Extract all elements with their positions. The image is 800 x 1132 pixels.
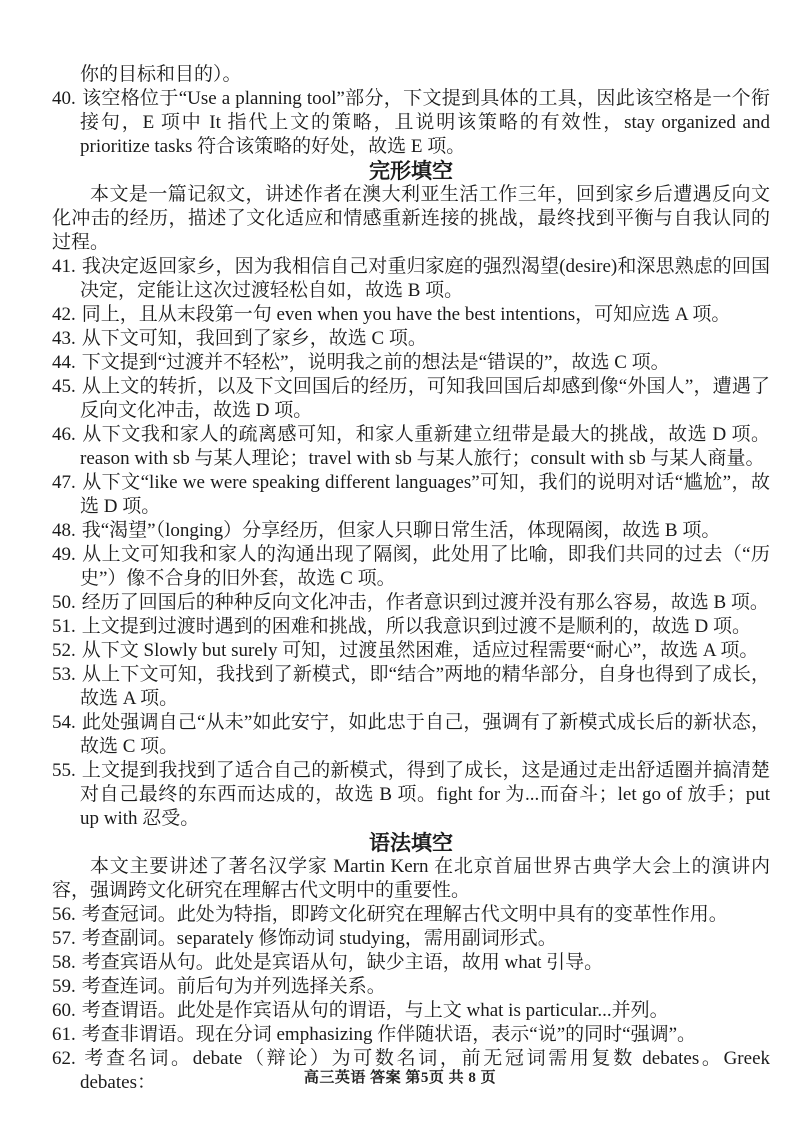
answer-item-41: 41.我决定返回家乡，因为我相信自己对重归家庭的强烈渴望(desire)和深思熟… [52,255,770,303]
section-heading-grammar: 语法填空 [52,831,770,855]
item-text: 从上文可知我和家人的沟通出现了隔阂，此处用了比喻，即我们共同的过去（“历史”）像… [80,544,770,589]
item-text: 考查非谓语。现在分词 emphasizing 作伴随状语，表示“说”的同时“强调… [82,1024,696,1045]
item-number: 45. [52,376,76,397]
item-text: 考查宾语从句。此处是宾语从句，缺少主语，故用 what 引导。 [82,952,603,973]
item-number: 46. [52,424,76,445]
answer-item-47: 47.从下文“like we were speaking different l… [52,471,770,519]
item-number: 61. [52,1024,76,1045]
item-text: 下文提到“过渡并不轻松”，说明我之前的想法是“错误的”，故选 C 项。 [82,352,670,373]
item-number: 54. [52,712,76,733]
item-number: 40. [52,88,76,109]
item-text: 从上下文可知，我找到了新模式，即“结合”两地的精华部分，自身也得到了成长，故选 … [80,664,770,709]
grammar-intro: 本文主要讲述了著名汉学家 Martin Kern 在北京首届世界古典学大会上的演… [52,855,770,903]
answer-item-58: 58.考查宾语从句。此处是宾语从句，缺少主语，故用 what 引导。 [52,951,770,975]
answer-item-51: 51.上文提到过渡时遇到的困难和挑战，所以我意识到过渡不是顺利的，故选 D 项。 [52,615,770,639]
answer-item-42: 42.同上，且从末段第一句 even when you have the bes… [52,303,770,327]
item-number: 44. [52,352,76,373]
item-text: 从下文我和家人的疏离感可知，和家人重新建立纽带是最大的挑战，故选 D 项。rea… [80,424,770,469]
carryover-line: 你的目标和目的）。 [52,63,770,87]
section-heading-cloze: 完形填空 [52,159,770,183]
item-text: 经历了回国后的种种反向文化冲击，作者意识到过渡并没有那么容易，故选 B 项。 [82,592,769,613]
cloze-intro: 本文是一篇记叙文，讲述作者在澳大利亚生活工作三年，回到家乡后遭遇反向文化冲击的经… [52,183,770,255]
answer-item-54: 54.此处强调自己“从未”如此安宁，如此忠于自己，强调有了新模式成长后的新状态，… [52,711,770,759]
item-text: 该空格位于“Use a planning tool”部分，下文提到具体的工具，因… [80,88,770,157]
item-number: 60. [52,1000,76,1021]
answer-item-46: 46.从下文我和家人的疏离感可知，和家人重新建立纽带是最大的挑战，故选 D 项。… [52,423,770,471]
item-number: 59. [52,976,76,997]
answer-item-56: 56.考查冠词。此处为特指，即跨文化研究在理解古代文明中具有的变革性作用。 [52,903,770,927]
item-number: 53. [52,664,76,685]
answer-item-44: 44.下文提到“过渡并不轻松”，说明我之前的想法是“错误的”，故选 C 项。 [52,351,770,375]
page-content: 你的目标和目的）。 40.该空格位于“Use a planning tool”部… [52,63,770,1095]
item-number: 52. [52,640,76,661]
item-number: 43. [52,328,76,349]
item-text: 从下文可知，我回到了家乡，故选 C 项。 [82,328,427,349]
item-text: 考查冠词。此处为特指，即跨文化研究在理解古代文明中具有的变革性作用。 [82,904,728,925]
item-number: 56. [52,904,76,925]
answer-item-60: 60.考查谓语。此处是作宾语从句的谓语，与上文 what is particul… [52,999,770,1023]
answer-item-40: 40.该空格位于“Use a planning tool”部分，下文提到具体的工… [52,87,770,159]
answer-item-59: 59.考查连词。前后句为并列选择关系。 [52,975,770,999]
item-text: 从下文 Slowly but surely 可知，过渡虽然困难，适应过程需要“耐… [82,640,759,661]
answer-item-50: 50.经历了回国后的种种反向文化冲击，作者意识到过渡并没有那么容易，故选 B 项… [52,591,770,615]
item-text: 考查副词。separately 修饰动词 studying，需用副词形式。 [82,928,557,949]
item-number: 47. [52,472,76,493]
item-number: 51. [52,616,76,637]
item-number: 49. [52,544,76,565]
answer-item-45: 45.从上文的转折，以及下文回国后的经历，可知我回国后却感到像“外国人”，遭遇了… [52,375,770,423]
page-footer: 高三英语 答案 第5页 共 8 页 [0,1066,800,1090]
item-text: 考查连词。前后句为并列选择关系。 [82,976,386,997]
item-text: 上文提到过渡时遇到的困难和挑战，所以我意识到过渡不是顺利的，故选 D 项。 [82,616,751,637]
answer-item-57: 57.考查副词。separately 修饰动词 studying，需用副词形式。 [52,927,770,951]
item-text: 从上文的转折，以及下文回国后的经历，可知我回国后却感到像“外国人”，遭遇了反向文… [80,376,770,421]
answer-item-52: 52.从下文 Slowly but surely 可知，过渡虽然困难，适应过程需… [52,639,770,663]
item-number: 41. [52,256,76,277]
item-text: 同上，且从末段第一句 even when you have the best i… [82,304,731,325]
answer-item-49: 49.从上文可知我和家人的沟通出现了隔阂，此处用了比喻，即我们共同的过去（“历史… [52,543,770,591]
answer-item-53: 53.从上下文可知，我找到了新模式，即“结合”两地的精华部分，自身也得到了成长，… [52,663,770,711]
item-text: 此处强调自己“从未”如此安宁，如此忠于自己，强调有了新模式成长后的新状态，故选 … [80,712,770,757]
item-text: 考查谓语。此处是作宾语从句的谓语，与上文 what is particular.… [82,1000,669,1021]
item-text: 从下文“like we were speaking different lang… [80,472,770,517]
item-text: 我“渴望”（longing）分享经历，但家人只聊日常生活，体现隔阂，故选 B 项… [82,520,721,541]
item-number: 48. [52,520,76,541]
item-number: 55. [52,760,76,781]
exam-answer-page: 你的目标和目的）。 40.该空格位于“Use a planning tool”部… [0,0,800,1132]
answer-item-61: 61.考查非谓语。现在分词 emphasizing 作伴随状语，表示“说”的同时… [52,1023,770,1047]
answer-item-43: 43.从下文可知，我回到了家乡，故选 C 项。 [52,327,770,351]
answer-item-55: 55.上文提到我找到了适合自己的新模式，得到了成长，这是通过走出舒适圈并搞清楚对… [52,759,770,831]
item-text: 上文提到我找到了适合自己的新模式，得到了成长，这是通过走出舒适圈并搞清楚对自己最… [80,760,770,829]
answer-item-48: 48.我“渴望”（longing）分享经历，但家人只聊日常生活，体现隔阂，故选 … [52,519,770,543]
item-number: 42. [52,304,76,325]
item-text: 我决定返回家乡，因为我相信自己对重归家庭的强烈渴望(desire)和深思熟虑的回… [80,256,770,301]
item-number: 58. [52,952,76,973]
item-number: 50. [52,592,76,613]
item-number: 57. [52,928,76,949]
